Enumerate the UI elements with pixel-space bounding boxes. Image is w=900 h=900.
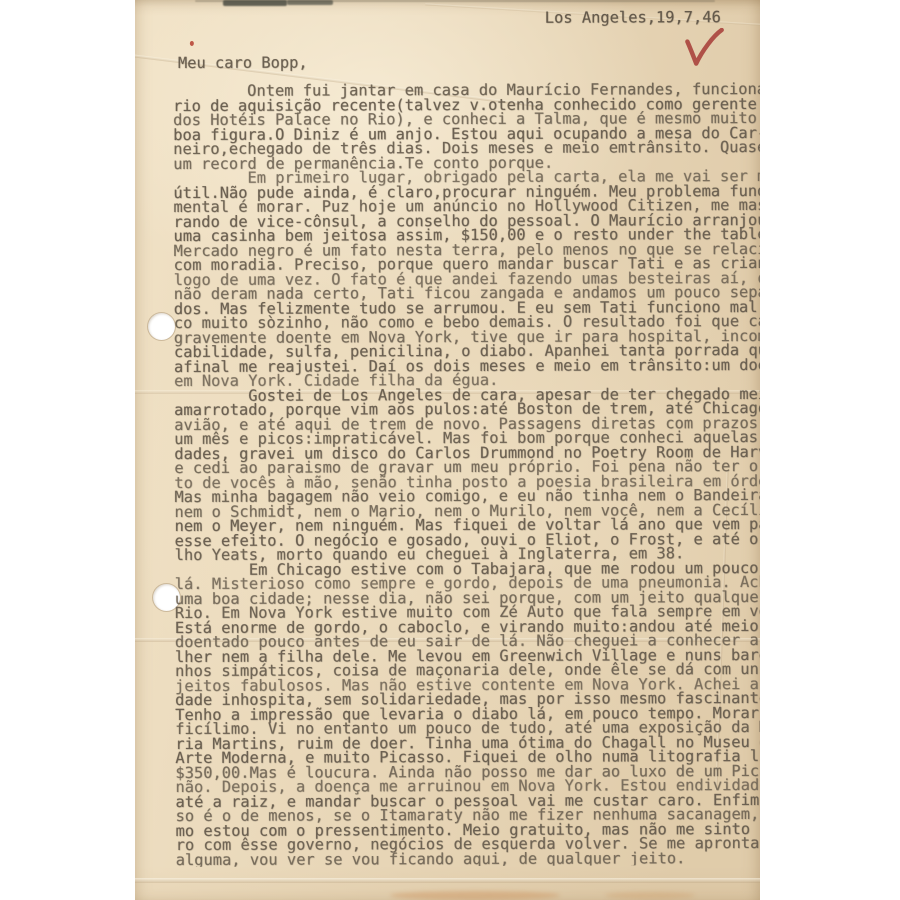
letter-line: jeitos fabulosos. Mas não estive content… — [175, 676, 760, 693]
letter-line: um mês e picos:impraticável. Mas foi bom… — [174, 430, 760, 447]
letter-line: nem o Schmidt, nem o Mario, nem o Murilo… — [174, 502, 760, 519]
letter-line: não deram nada certo, Tati ficou zangada… — [174, 285, 760, 302]
letter-line: em Nova York. Cidade filha da égua. — [174, 372, 760, 389]
letter-line: Ontem fui jantar em casa do Maurício Fer… — [173, 82, 760, 99]
red-checkmark-icon — [681, 24, 725, 70]
red-checkmark-stroke — [685, 27, 721, 66]
letter-line: Rio. Em Nova York estive muito com Zé Au… — [175, 604, 760, 621]
letter-line: so é o de menos, se o Itamaraty não me f… — [176, 807, 760, 824]
letter-paper-sheet: Los Angeles,19,7,46 Meu caro Bopp, Ontem… — [135, 0, 760, 900]
letter-line: Em primeiro lugar, obrigado pela carta, … — [173, 169, 760, 186]
letter-line: não. Depois, a doença me arruinou em Nov… — [175, 778, 760, 795]
letter-dateline: Los Angeles,19,7,46 — [545, 8, 721, 27]
letter-line: alguma, vou ver se vou ficando aqui, de … — [176, 850, 760, 867]
letter-body: Ontem fui jantar em casa do Maurício Fer… — [173, 82, 760, 867]
letter-line: doentado pouco antes de eu sair de lá. N… — [175, 633, 760, 650]
letter-line: mental é morar. Puz hoje um anúncio no H… — [173, 198, 760, 215]
letter-line: ficílimo. Vi no entanto um pouco de tudo… — [175, 720, 760, 737]
red-ink-speck — [190, 41, 194, 46]
letter-salutation: Meu caro Bopp, — [178, 54, 308, 72]
letter-line: dos Hotéis Palace no Rio), e conheci a T… — [173, 111, 760, 128]
typewritten-text-layer: Los Angeles,19,7,46 Meu caro Bopp, Ontem… — [135, 0, 760, 900]
letter-line: gravemente doente em Nova York, tive que… — [174, 328, 760, 345]
letter-line: lho Yeats, morto quando eu cheguei à Ing… — [175, 546, 760, 563]
scanned-letter-page: Los Angeles,19,7,46 Meu caro Bopp, Ontem… — [0, 0, 900, 900]
